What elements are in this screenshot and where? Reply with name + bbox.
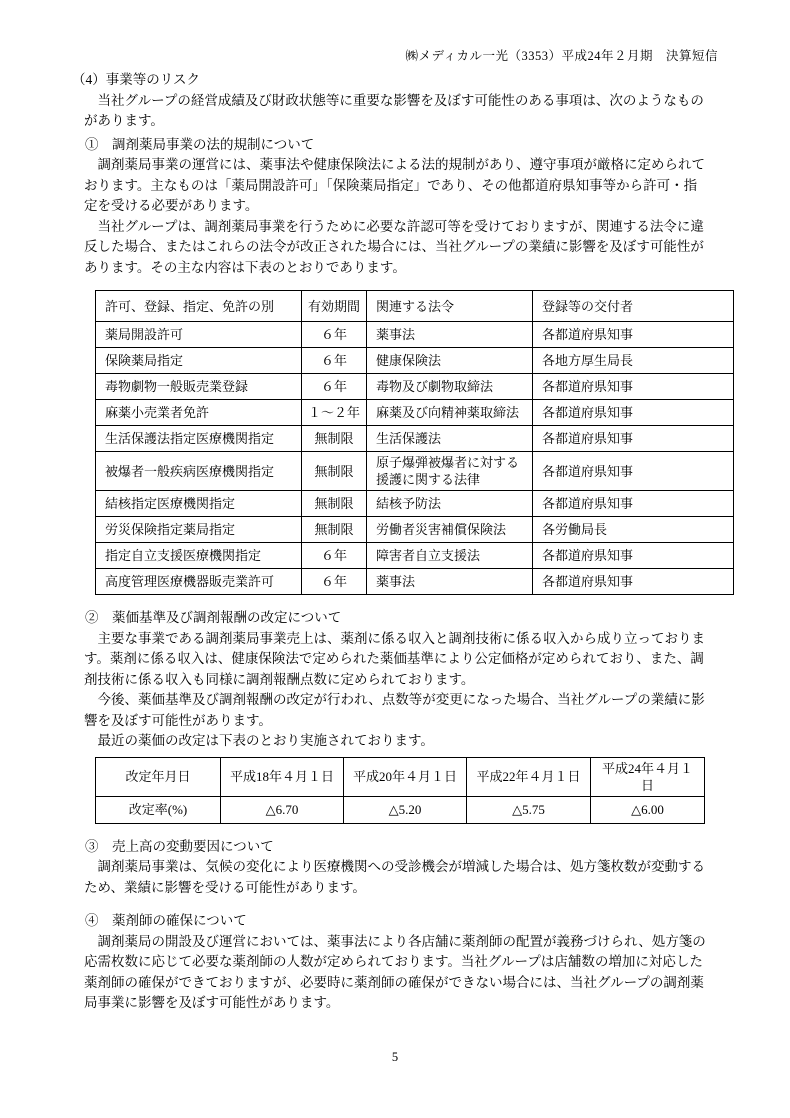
table-cell: 結核予防法 [367,491,533,517]
table-cell: ６年 [302,322,367,348]
table-row: 薬局開設許可６年薬事法各都道府県知事 [96,322,734,348]
table-row: 高度管理医療機器販売業許可６年薬事法各都道府県知事 [96,569,734,595]
table-cell: 各都道府県知事 [533,543,734,569]
page-number: 5 [0,1050,790,1065]
table-cell: 麻薬及び向精神薬取締法 [367,400,533,426]
table-cell: △6.00 [591,796,705,823]
table-row: 被爆者一般疾病医療機関指定無制限原子爆弾被爆者に対する援護に関する法律各都道府県… [96,452,734,491]
paragraph-line: があります。 [84,111,720,132]
table-cell: 保険薬局指定 [96,348,302,374]
item4-title-pharmacist-securing: ④ 薬剤師の確保について [85,911,720,932]
section-title-business-risks: （4）事業等のリスク [72,70,720,91]
paragraph-line: 剤技術に係る収入も同様に調剤報酬点数に定められております。 [84,670,720,691]
paragraph-line: 調剤薬局事業の運営には、薬事法や健康保険法による法的規制があり、遵守事項が厳格に… [84,155,720,176]
table-header-cell: 有効期間 [302,291,367,322]
table-header-cell: 関連する法令 [367,291,533,322]
item2-paragraph-2: 今後、薬価基準及び調剤報酬の改定が行われ、点数等が変更になった場合、当社グループ… [84,690,720,731]
table-cell: 原子爆弾被爆者に対する援護に関する法律 [367,452,533,491]
item2-title-price-revision: ② 薬価基準及び調剤報酬の改定について [85,608,720,629]
table-cell: 無制限 [302,491,367,517]
paragraph-line: 反した場合、またはこれらの法令が改正された場合には、当社グループの業績に影響を及… [84,237,720,258]
paragraph-line: ため、業績に影響を受ける可能性があります。 [84,878,720,899]
item2-paragraph-1: 主要な事業である調剤薬局事業売上は、薬剤に係る収入と調剤技術に係る収入から成り立… [84,629,720,691]
table-cell: ６年 [302,543,367,569]
table-cell: 麻薬小売業者免許 [96,400,302,426]
table-cell: ６年 [302,374,367,400]
table-cell: 各都道府県知事 [533,491,734,517]
paragraph-line: 響を及ぼす可能性があります。 [84,711,720,732]
table-row: 改定率(%)△6.70△5.20△5.75△6.00 [96,796,705,823]
table-header-cell: 許可、登録、指定、免許の別 [96,291,302,322]
table-cell: 平成24年４月１日 [591,757,705,796]
table-row: 保険薬局指定６年健康保険法各地方厚生局長 [96,348,734,374]
table-cell: 高度管理医療機器販売業許可 [96,569,302,595]
paragraph-line: 当社グループの経営成績及び財政状態等に重要な影響を及ぼす可能性のある事項は、次の… [84,91,720,112]
table-cell: 障害者自立支援法 [367,543,533,569]
table-cell: 薬事法 [367,569,533,595]
table-row: 麻薬小売業者免許１～２年麻薬及び向精神薬取締法各都道府県知事 [96,400,734,426]
table-cell: 各地方厚生局長 [533,348,734,374]
item3-title-sales-fluctuation: ③ 売上高の変動要因について [85,837,720,858]
table-cell: △5.75 [467,796,591,823]
paragraph-line: す。薬剤に係る収入は、健康保険法で定められた薬価基準により公定価格が定められてお… [84,649,720,670]
table-cell: 生活保護法指定医療機関指定 [96,426,302,452]
table-cell: ６年 [302,348,367,374]
table-cell: 労働者災害補償保険法 [367,517,533,543]
paragraph-line: 今後、薬価基準及び調剤報酬の改定が行われ、点数等が変更になった場合、当社グループ… [84,690,720,711]
table-header-row: 許可、登録、指定、免許の別有効期間関連する法令登録等の交付者 [96,291,734,322]
item1-title-legal-regulation: ① 調剤薬局事業の法的規制について [85,135,720,156]
table-cell: 改定率(%) [96,796,221,823]
paragraph-line: あります。その主な内容は下表のとおりであります。 [84,258,720,279]
table-cell: 平成20年４月１日 [344,757,467,796]
paragraph-line: 当社グループは、調剤薬局事業を行うために必要な許認可等を受けておりますが、関連す… [84,217,720,238]
table-cell: ６年 [302,569,367,595]
table-cell: 無制限 [302,517,367,543]
table-header-cell: 登録等の交付者 [533,291,734,322]
table-cell: 労災保険指定薬局指定 [96,517,302,543]
table-cell: 各都道府県知事 [533,569,734,595]
revision-table-body: 改定年月日平成18年４月１日平成20年４月１日平成22年４月１日平成24年４月１… [96,757,705,823]
table-cell: 平成18年４月１日 [221,757,344,796]
table-cell: △5.20 [344,796,467,823]
document-header: ㈱メディカル一光（3353）平成24年２月期 決算短信 [405,46,718,64]
item2-paragraph-3: 最近の薬価の改定は下表のとおり実施されております。 [84,731,720,752]
table-row: 結核指定医療機関指定無制限結核予防法各都道府県知事 [96,491,734,517]
table-row: 毒物劇物一般販売業登録６年毒物及び劇物取締法各都道府県知事 [96,374,734,400]
paragraph-line: 調剤薬局の開設及び運営においては、薬事法により各店舗に薬剤師の配置が義務づけられ… [84,932,720,953]
table-cell: 平成22年４月１日 [467,757,591,796]
table-row: 生活保護法指定医療機関指定無制限生活保護法各都道府県知事 [96,426,734,452]
table-cell: 毒物劇物一般販売業登録 [96,374,302,400]
table-cell: 改定年月日 [96,757,221,796]
table-cell: 各労働局長 [533,517,734,543]
table-cell: △6.70 [221,796,344,823]
paragraph-line: 主要な事業である調剤薬局事業売上は、薬剤に係る収入と調剤技術に係る収入から成り立… [84,629,720,650]
item1-paragraph-1: 調剤薬局事業の運営には、薬事法や健康保険法による法的規制があり、遵守事項が厳格に… [84,155,720,217]
paragraph-line: 局事業に影響を及ぼす可能性があります。 [84,993,720,1014]
paragraph-line: 最近の薬価の改定は下表のとおり実施されております。 [84,731,720,752]
table-cell: 無制限 [302,452,367,491]
table-cell: 健康保険法 [367,348,533,374]
table-cell: 各都道府県知事 [533,400,734,426]
paragraph-line: 調剤薬局事業は、気候の変化により医療機関への受診機会が増減した場合は、処方箋枚数… [84,857,720,878]
license-permit-table: 許可、登録、指定、免許の別有効期間関連する法令登録等の交付者 薬局開設許可６年薬… [95,290,734,595]
table-cell: 薬局開設許可 [96,322,302,348]
table-cell: 指定自立支援医療機関指定 [96,543,302,569]
table-cell: 被爆者一般疾病医療機関指定 [96,452,302,491]
item3-paragraph: 調剤薬局事業は、気候の変化により医療機関への受診機会が増減した場合は、処方箋枚数… [84,857,720,898]
table-cell: 各都道府県知事 [533,374,734,400]
table-row: 指定自立支援医療機関指定６年障害者自立支援法各都道府県知事 [96,543,734,569]
table-cell: １～２年 [302,400,367,426]
table-row: 労災保険指定薬局指定無制限労働者災害補償保険法各労働局長 [96,517,734,543]
item1-paragraph-2: 当社グループは、調剤薬局事業を行うために必要な許認可等を受けておりますが、関連す… [84,217,720,279]
table-cell: 結核指定医療機関指定 [96,491,302,517]
table-cell: 各都道府県知事 [533,426,734,452]
table-cell: 無制限 [302,426,367,452]
drug-price-revision-table: 改定年月日平成18年４月１日平成20年４月１日平成22年４月１日平成24年４月１… [95,757,705,824]
paragraph-line: 定を受ける必要があります。 [84,196,720,217]
paragraph-line: 応需枚数に応じて必要な薬剤師の人数が定められております。当社グループは店舗数の増… [84,952,720,973]
document-body: （4）事業等のリスク 当社グループの経営成績及び財政状態等に重要な影響を及ぼす可… [72,70,720,1014]
paragraph-line: おります。主なものは「薬局開設許可」「保険薬局指定」であり、その他都道府県知事等… [84,176,720,197]
table-cell: 各都道府県知事 [533,322,734,348]
item4-paragraph: 調剤薬局の開設及び運営においては、薬事法により各店舗に薬剤師の配置が義務づけられ… [84,932,720,1014]
table-cell: 毒物及び劇物取締法 [367,374,533,400]
intro-paragraph: 当社グループの経営成績及び財政状態等に重要な影響を及ぼす可能性のある事項は、次の… [84,91,720,132]
table-cell: 各都道府県知事 [533,452,734,491]
paragraph-line: 薬剤師の確保ができておりますが、必要時に薬剤師の確保ができない場合には、当社グル… [84,973,720,994]
document-page: ㈱メディカル一光（3353）平成24年２月期 決算短信 （4）事業等のリスク 当… [0,0,790,1118]
license-table-body: 薬局開設許可６年薬事法各都道府県知事保険薬局指定６年健康保険法各地方厚生局長毒物… [96,322,734,595]
table-cell: 生活保護法 [367,426,533,452]
table-cell: 薬事法 [367,322,533,348]
table-row: 改定年月日平成18年４月１日平成20年４月１日平成22年４月１日平成24年４月１… [96,757,705,796]
